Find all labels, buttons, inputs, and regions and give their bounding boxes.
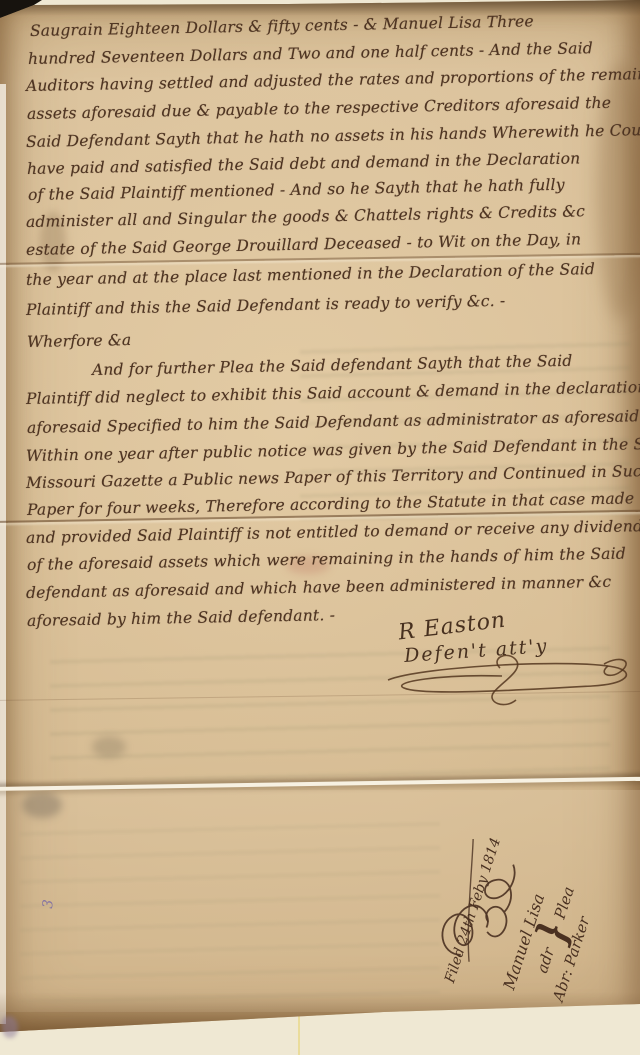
- manuscript-line: Auditors having settled and adjusted the…: [26, 65, 640, 95]
- manuscript-line: Wherfore &a: [27, 331, 132, 351]
- manuscript-line: assets aforesaid due & payable to the re…: [27, 94, 611, 123]
- manuscript-line: Plaintiff and this the Said Defendant is…: [26, 292, 506, 319]
- manuscript-line: have paid and satisfied the Said debt an…: [27, 149, 581, 178]
- stain: [92, 736, 126, 758]
- manuscript-page: Saugrain Eighteen Dollars & fifty cents …: [0, 0, 640, 1034]
- manuscript-line: of the Said Plaintiff mentioned - And so…: [28, 176, 565, 204]
- manuscript-line: defendant as aforesaid and which have be…: [26, 573, 612, 602]
- paper-top-edge-shadow: [0, 0, 640, 16]
- manuscript-line: Said Defendant Sayth that he hath no ass…: [26, 121, 640, 151]
- manuscript-line: aforesaid by him the Said defendant. -: [27, 606, 335, 630]
- manuscript-line: Saugrain Eighteen Dollars & fifty cents …: [30, 12, 534, 40]
- manuscript-line: administer all and Singular the goods & …: [26, 202, 585, 231]
- signature-flourish: [382, 628, 638, 714]
- docket-filing-type: Plea: [551, 884, 578, 921]
- manuscript-line: and provided Said Plaintiff is not entit…: [26, 517, 640, 547]
- manuscript-line: hundred Seventeen Dollars and Two and on…: [28, 39, 593, 68]
- docket-brace: }: [531, 918, 577, 949]
- archival-number: 3: [40, 899, 57, 910]
- document-scan: Saugrain Eighteen Dollars & fifty cents …: [0, 0, 640, 1055]
- docket-role: adr: [533, 945, 558, 975]
- paper-corner-discoloration: [2, 1016, 18, 1038]
- manuscript-line: the year and at the place last mentioned…: [26, 260, 595, 289]
